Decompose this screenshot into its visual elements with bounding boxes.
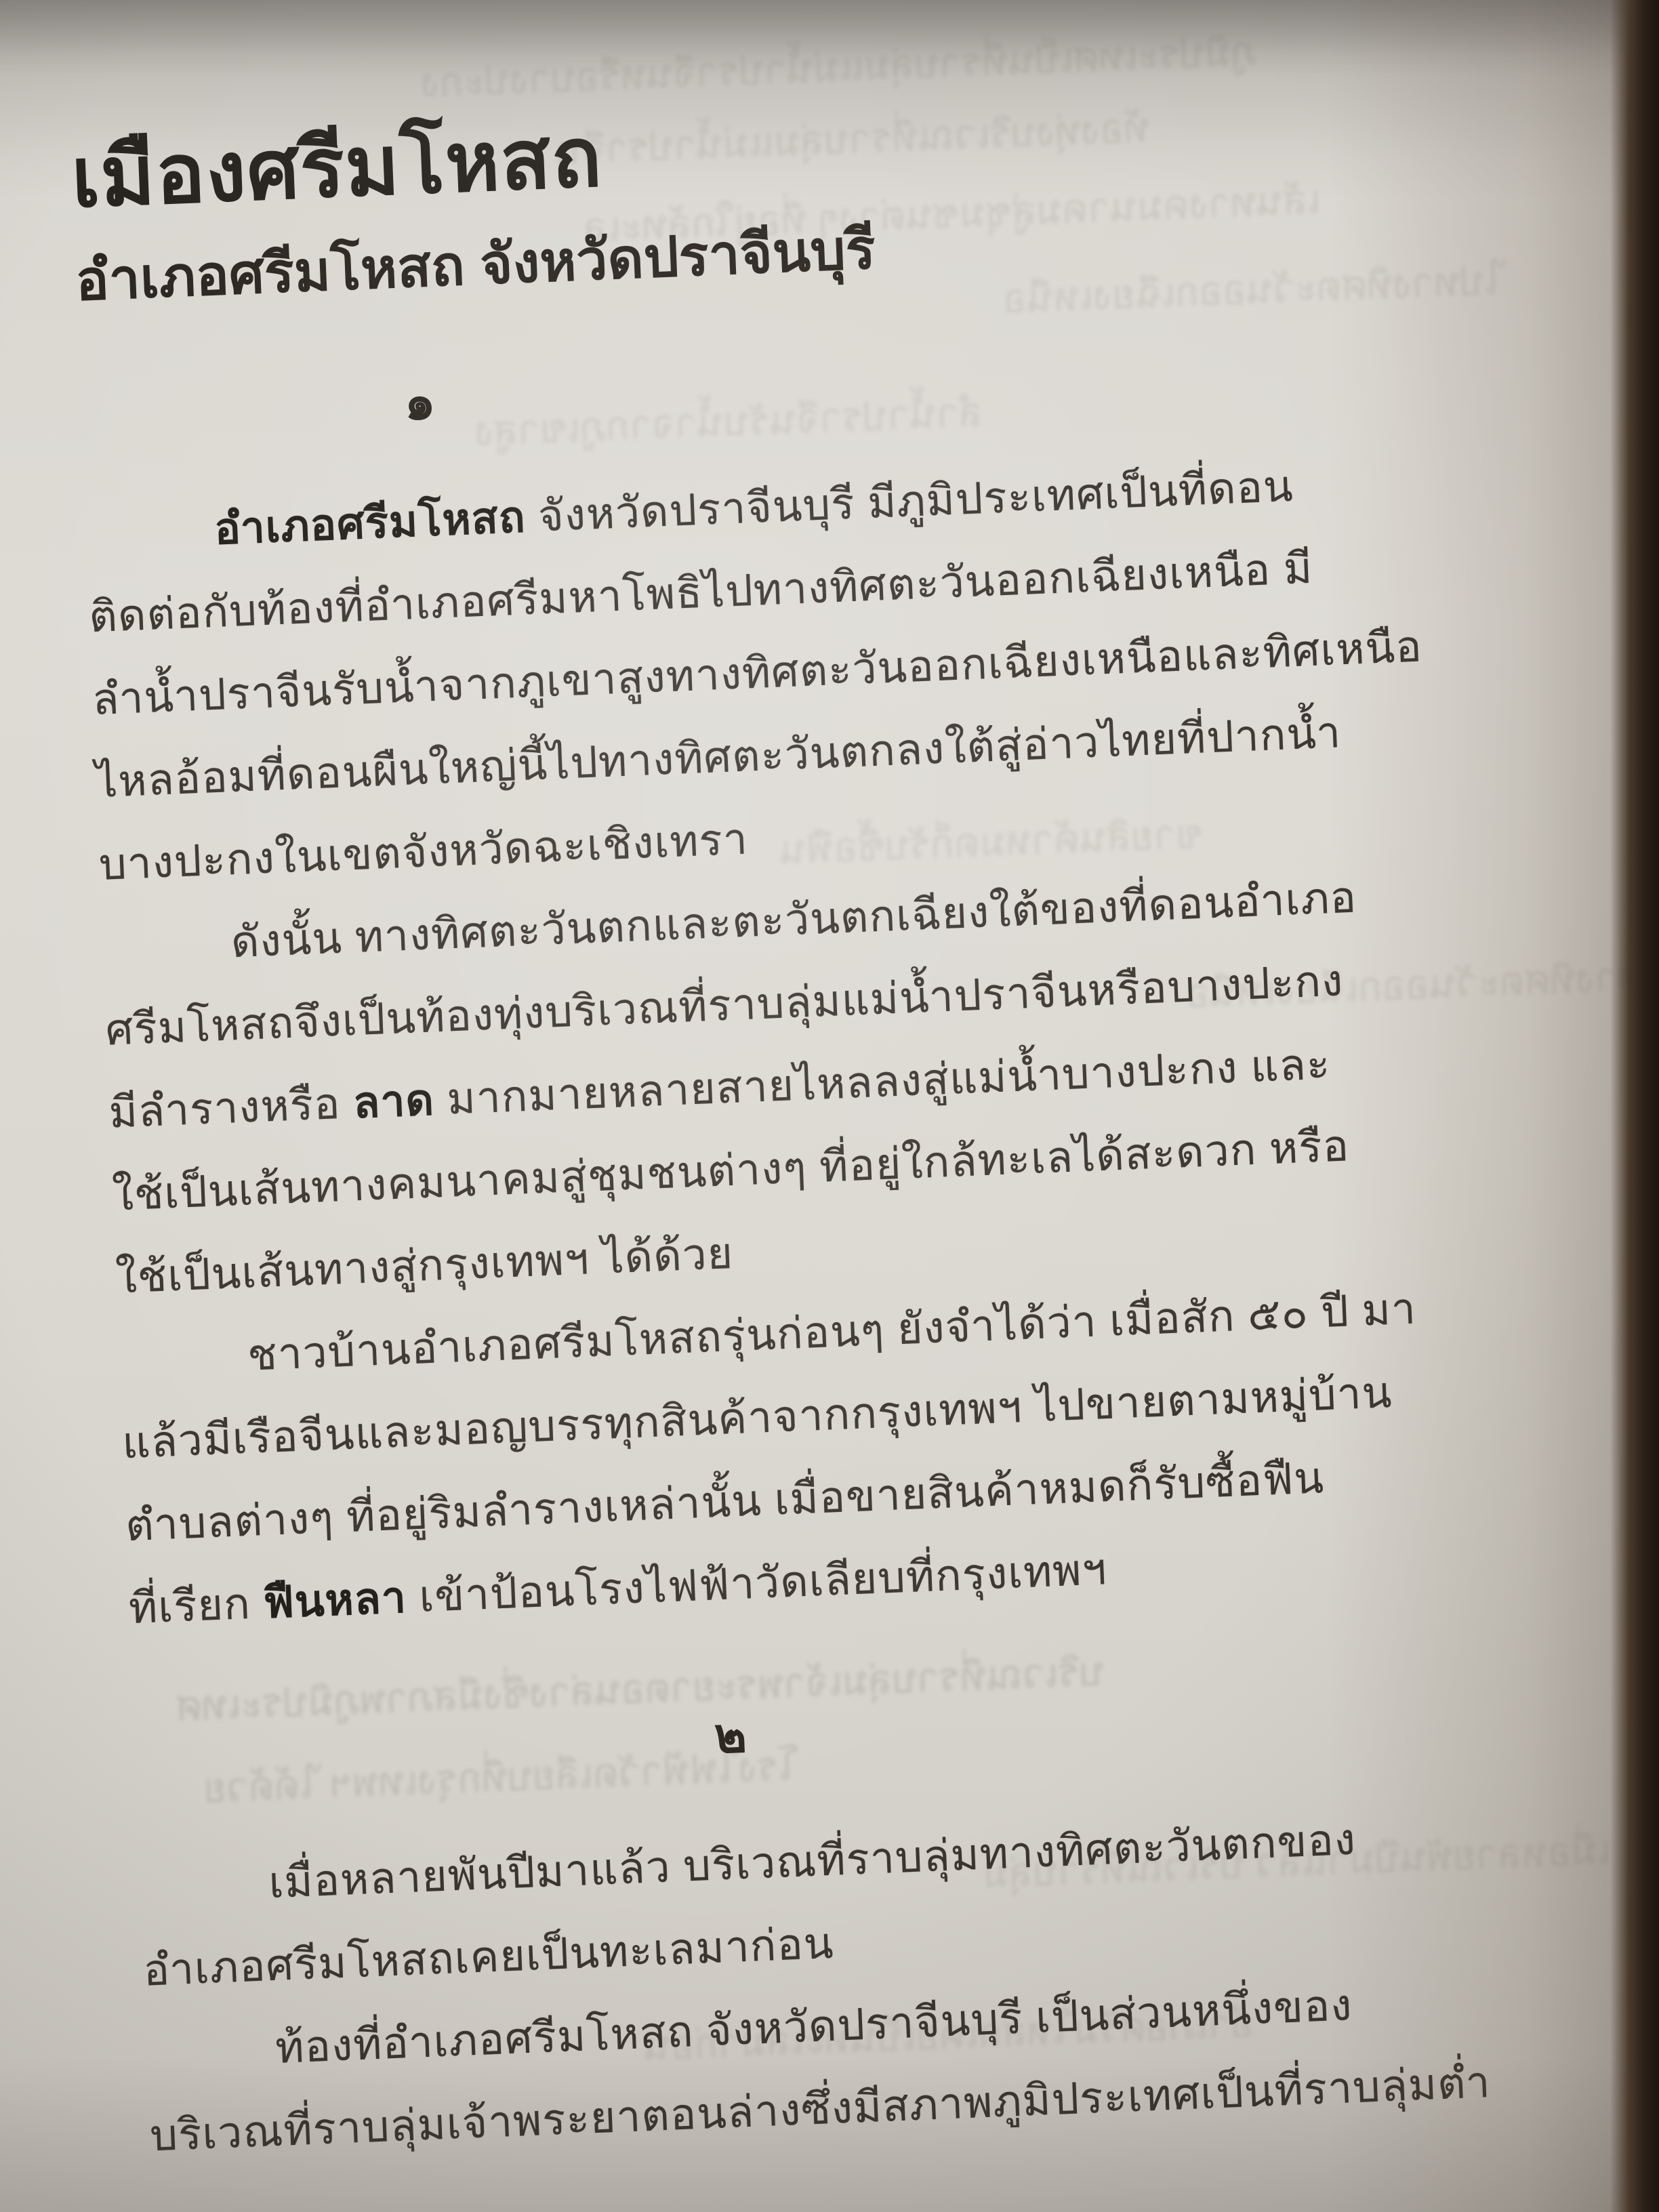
text-segment: บางปะกงในเขตจังหวัดฉะเชิงเทรา: [98, 815, 749, 889]
book-edge-shadow: [1610, 0, 1659, 2212]
paragraph: ชาวบ้านอำเภอศรีมโหสถรุ่นก่อนๆ ยังจำได้ว่…: [117, 1265, 1478, 1650]
section-2-paragraphs: เมื่อหลายพันปีมาแล้ว บริเวณที่ราบลุ่มทาง…: [138, 1793, 1499, 2177]
paragraph: อำเภอศรีมโหสถ จังหวัดปราจีนบุรี มีภูมิปร…: [84, 439, 1448, 906]
bold-text-segment: อำเภอศรีมโหสถ: [213, 492, 527, 553]
page-text-block: เมืองศรีมโหสถ อำเภอศรีมโหสถ จังหวัดปราจี…: [69, 68, 1499, 2177]
text-segment: จังหวัดปราจีนบุรี มีภูมิประเทศเป็นที่ดอน: [525, 462, 1294, 541]
text-segment: เข้าป้อนโรงไฟฟ้าวัดเลียบที่กรุงเทพฯ: [405, 1544, 1107, 1621]
paragraph: ดังนั้น ทางทิศตะวันตกและตะวันตกเฉียงใต้ข…: [101, 852, 1465, 1319]
text-segment: มีลำรางหรือ: [108, 1078, 354, 1136]
photographed-book-page: ภูมิประเทศเป็นที่ราบลุ่มแม่น้ำปราจีนหรือ…: [0, 0, 1659, 2212]
bold-text-segment: ลาด: [352, 1076, 436, 1128]
bold-text-segment: ฟืนหลา: [262, 1573, 407, 1627]
section-2: ๒ เมื่อหลายพันปีมาแล้ว บริเวณที่ราบลุ่มท…: [134, 1677, 1499, 2177]
text-segment: ใช้เป็นเส้นทางสู่กรุงเทพฯ ได้ด้วย: [115, 1229, 734, 1303]
section-number-2: ๒: [713, 1677, 1483, 1766]
section-1: ๑ อำเภอศรีมโหสถ จังหวัดปราจีนบุรี มีภูมิ…: [80, 333, 1478, 1650]
section-number-1: ๑: [403, 333, 1430, 432]
text-segment: ที่เรียก: [128, 1578, 264, 1633]
text-segment: อำเภอศรีมโหสถเคยเป็นทะเลมาก่อน: [142, 1919, 835, 1995]
section-1-paragraphs: อำเภอศรีมโหสถ จังหวัดปราจีนบุรี มีภูมิปร…: [84, 439, 1478, 1650]
